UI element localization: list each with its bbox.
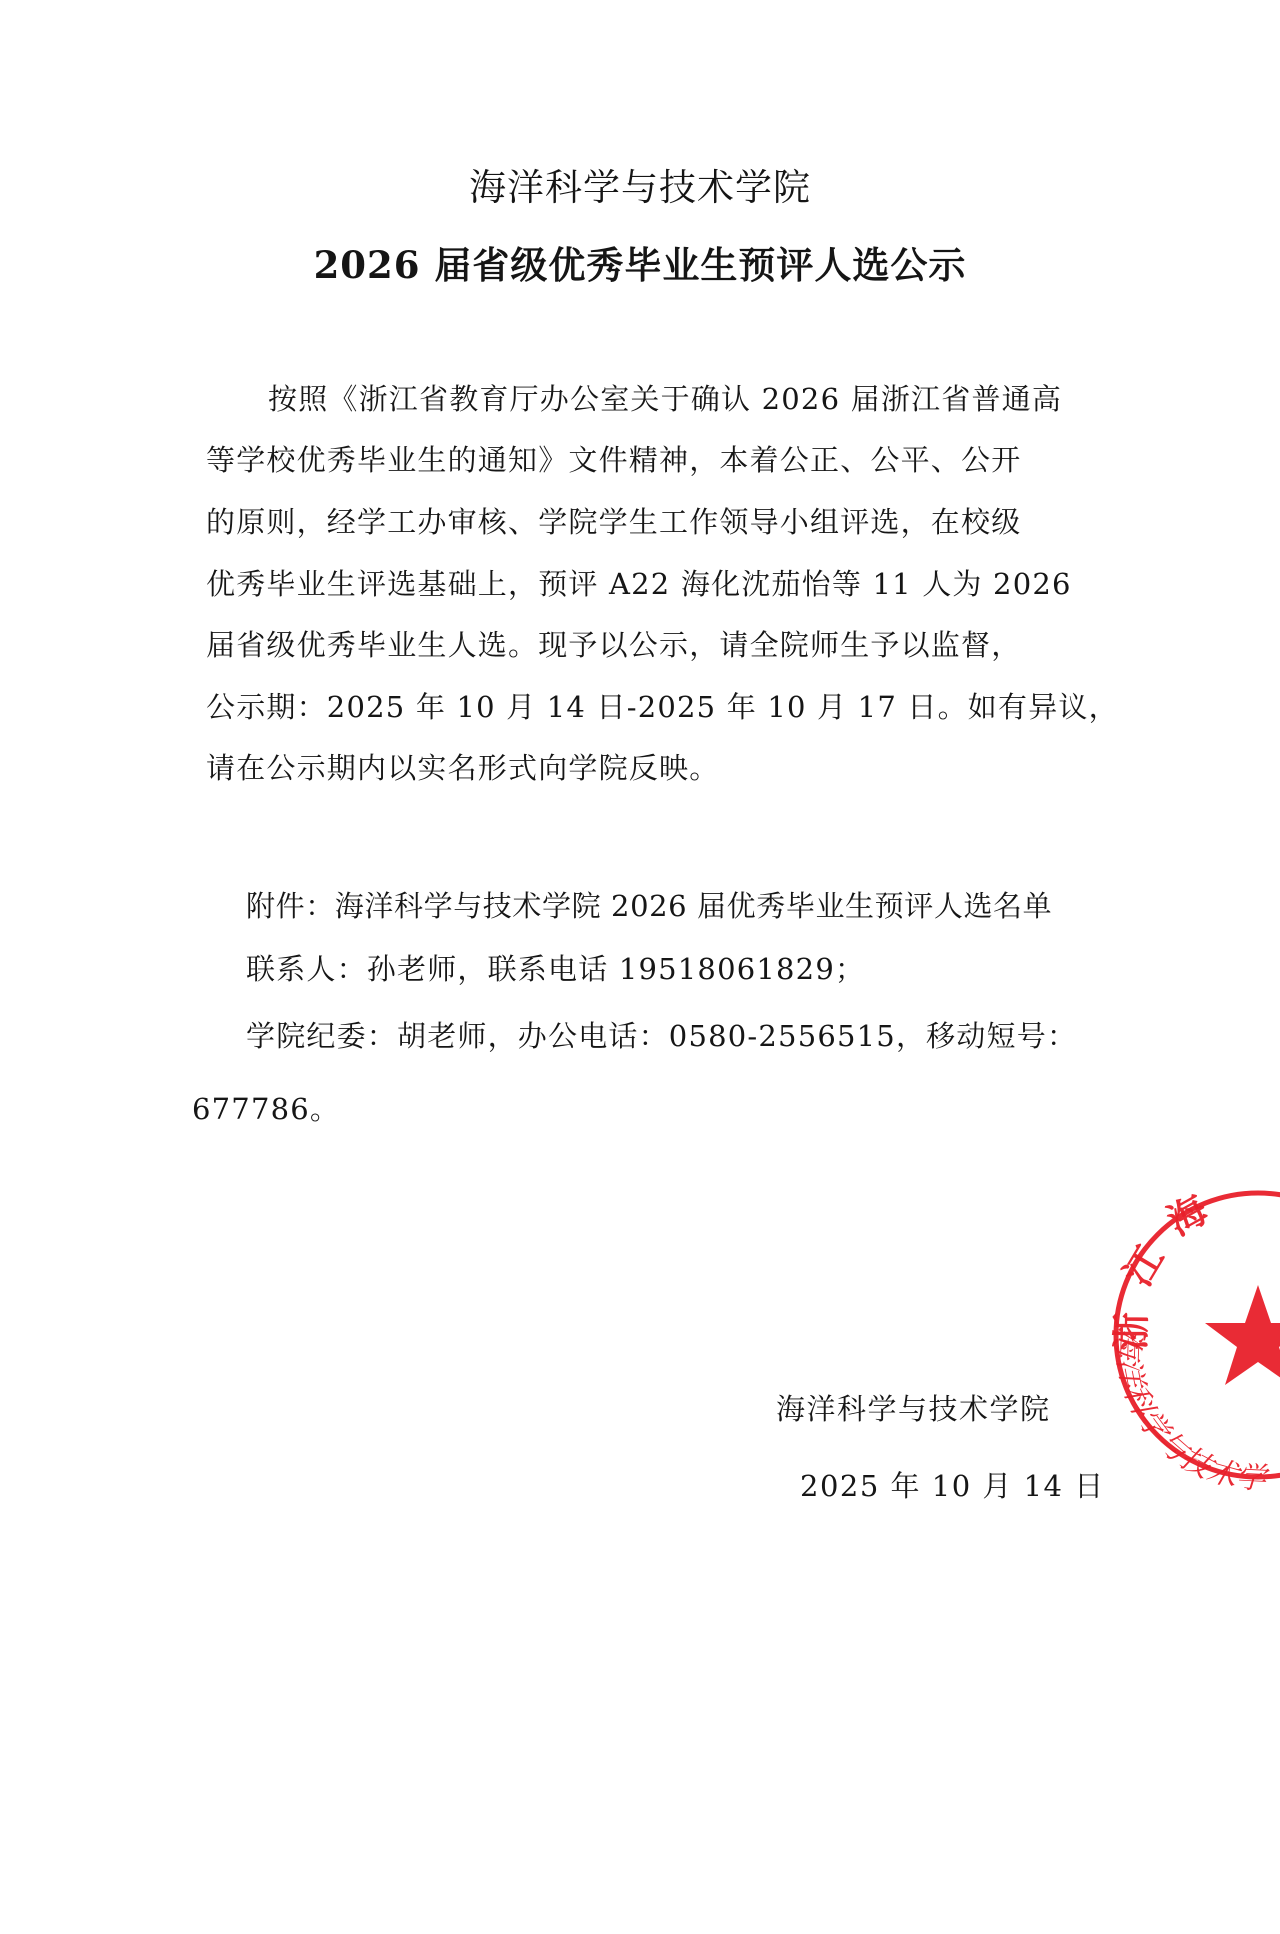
body-line: 公示期：2025 年 10 月 14 日-2025 年 10 月 17 日。如有… <box>206 690 1119 724</box>
document-page: 海洋科学与技术学院 2026 届省级优秀毕业生预评人选公示 按照《浙江省教育厅办… <box>0 0 1280 1934</box>
body-line: 届省级优秀毕业生人选。现予以公示，请全院师生予以监督， <box>206 628 1021 662</box>
discipline-contact-line-continued: 677786。 <box>192 1092 340 1126</box>
body-line: 请在公示期内以实名形式向学院反映。 <box>206 751 719 785</box>
star-icon <box>1205 1285 1280 1385</box>
attachment-line: 附件：海洋科学与技术学院 2026 届优秀毕业生预评人选名单 <box>246 889 1052 923</box>
seal-bottom-text: 海洋科学与技术学 <box>1109 1328 1270 1497</box>
svg-text:浙江海: 浙江海 <box>1109 1176 1234 1350</box>
signature-date: 2025 年 10 月 14 日 <box>800 1469 1105 1503</box>
official-seal: 浙江海 海洋科学与技术学 <box>1108 1185 1280 1485</box>
body-line: 等学校优秀毕业生的通知》文件精神，本着公正、公平、公开 <box>206 443 1021 477</box>
signature-college: 海洋科学与技术学院 <box>776 1392 1051 1426</box>
svg-text:海洋科学与技术学: 海洋科学与技术学 <box>1109 1328 1270 1497</box>
body-line: 按照《浙江省教育厅办公室关于确认 2026 届浙江省普通高 <box>268 382 1062 416</box>
discipline-contact-line: 学院纪委：胡老师，办公电话：0580-2556515，移动短号： <box>246 1019 1077 1053</box>
document-title-announcement: 2026 届省级优秀毕业生预评人选公示 <box>0 235 1280 289</box>
body-line: 的原则，经学工办审核、学院学生工作领导小组评选，在校级 <box>206 505 1021 539</box>
seal-top-text: 浙江海 <box>1109 1176 1234 1350</box>
body-line: 优秀毕业生评选基础上，预评 A22 海化沈茄怡等 11 人为 2026 <box>206 567 1072 601</box>
contact-line: 联系人：孙老师，联系电话 19518061829； <box>246 952 865 986</box>
document-title-college: 海洋科学与技术学院 <box>0 157 1280 211</box>
